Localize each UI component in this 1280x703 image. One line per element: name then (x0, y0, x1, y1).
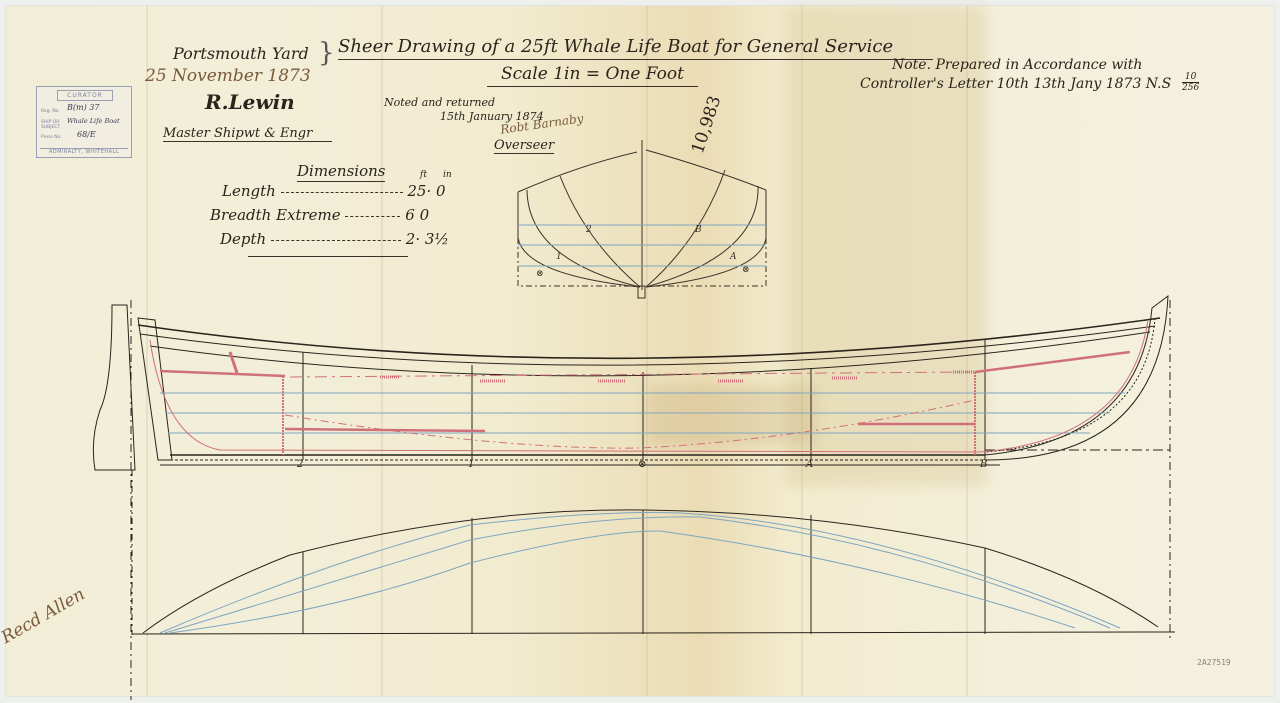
svg-text:⊗: ⊗ (638, 459, 646, 470)
svg-text:B: B (979, 459, 987, 470)
body-plan-labels: 2 1 ⊗ B A ⊗ (536, 225, 750, 279)
sheer-profile (93, 296, 1170, 700)
body-plan (518, 140, 766, 298)
svg-text:⊗: ⊗ (742, 265, 750, 275)
ship-plan-drawing: 2 1 ⊗ B A ⊗ (0, 0, 1280, 703)
half-breadth-waterlines (160, 513, 1120, 634)
archive-id: 2A27519 (1197, 658, 1231, 667)
svg-text:1: 1 (556, 252, 562, 262)
svg-text:2: 2 (585, 225, 592, 235)
svg-text:B: B (694, 225, 702, 235)
svg-text:A: A (805, 459, 813, 470)
svg-text:⊗: ⊗ (536, 269, 544, 279)
profile-red-lines (150, 320, 1148, 455)
svg-text:A: A (729, 252, 737, 262)
svg-text:2: 2 (296, 459, 303, 470)
svg-text:1: 1 (468, 459, 474, 470)
